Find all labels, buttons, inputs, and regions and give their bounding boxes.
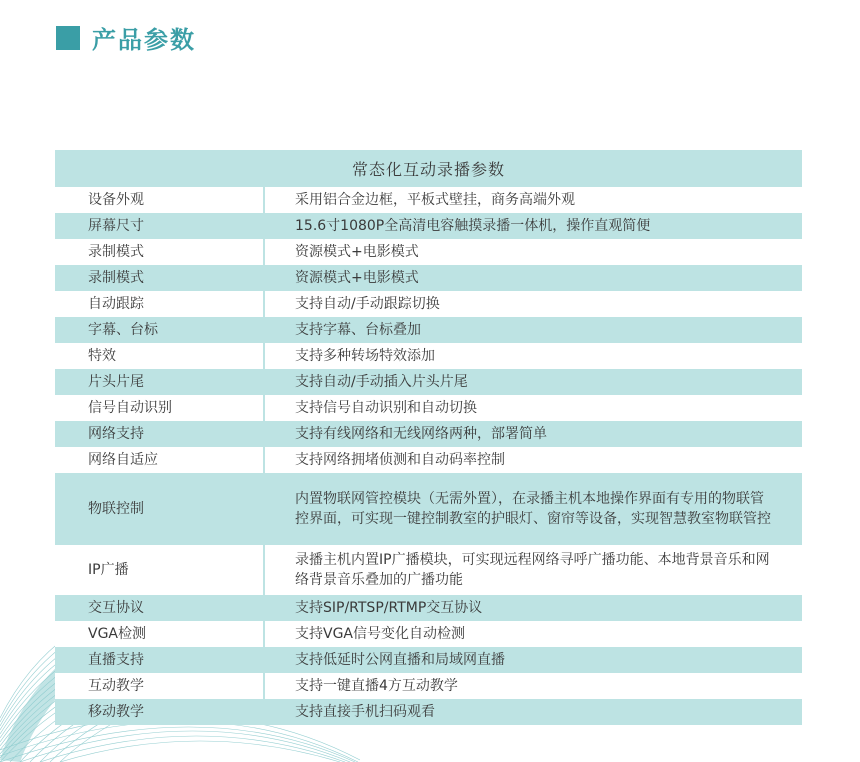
table-row: 物联控制内置物联网管控模块（无需外置），在录播主机本地操作界面有专用的物联管控界… [55, 473, 802, 545]
param-value: 采用铝合金边框，平板式壁挂，商务高端外观 [264, 187, 802, 213]
table-row: 直播支持支持低延时公网直播和局域网直播 [55, 647, 802, 673]
table-header-row: 常态化互动录播参数 [55, 150, 802, 187]
table-row: 网络自适应支持网络拥堵侦测和自动码率控制 [55, 447, 802, 473]
param-value: 支持字幕、台标叠加 [264, 317, 802, 343]
param-name: 网络支持 [55, 421, 264, 447]
parameters-table: 常态化互动录播参数 设备外观采用铝合金边框，平板式壁挂，商务高端外观 屏幕尺寸1… [55, 150, 802, 725]
param-value: 支持信号自动识别和自动切换 [264, 395, 802, 421]
param-name: IP广播 [55, 545, 264, 595]
param-value: 支持VGA信号变化自动检测 [264, 621, 802, 647]
param-value: 支持一键直播4方互动教学 [264, 673, 802, 699]
table-row: VGA检测支持VGA信号变化自动检测 [55, 621, 802, 647]
table-row: 片头片尾支持自动/手动插入片头片尾 [55, 369, 802, 395]
table-row: 录制模式资源模式+电影模式 [55, 239, 802, 265]
param-name: 屏幕尺寸 [55, 213, 264, 239]
param-value: 支持SIP/RTSP/RTMP交互协议 [264, 595, 802, 621]
table-row: 设备外观采用铝合金边框，平板式壁挂，商务高端外观 [55, 187, 802, 213]
table-title: 常态化互动录播参数 [55, 150, 802, 187]
param-name: 互动教学 [55, 673, 264, 699]
section-header: 产品参数 [56, 20, 196, 55]
table-row: 网络支持支持有线网络和无线网络两种，部署简单 [55, 421, 802, 447]
table-row: 字幕、台标支持字幕、台标叠加 [55, 317, 802, 343]
param-value: 资源模式+电影模式 [264, 239, 802, 265]
table-row: 录制模式资源模式+电影模式 [55, 265, 802, 291]
param-name: 字幕、台标 [55, 317, 264, 343]
param-value: 内置物联网管控模块（无需外置），在录播主机本地操作界面有专用的物联管控界面，可实… [264, 473, 802, 545]
param-name: 信号自动识别 [55, 395, 264, 421]
param-name: 片头片尾 [55, 369, 264, 395]
table-row: 交互协议支持SIP/RTSP/RTMP交互协议 [55, 595, 802, 621]
param-value: 支持网络拥堵侦测和自动码率控制 [264, 447, 802, 473]
param-value: 支持直接手机扫码观看 [264, 699, 802, 725]
param-value: 支持自动/手动插入片头片尾 [264, 369, 802, 395]
param-name: 设备外观 [55, 187, 264, 213]
param-name: 移动教学 [55, 699, 264, 725]
param-value: 15.6寸1080P全高清电容触摸录播一体机，操作直观简便 [264, 213, 802, 239]
param-name: 交互协议 [55, 595, 264, 621]
param-name: 网络自适应 [55, 447, 264, 473]
table-row: 移动教学支持直接手机扫码观看 [55, 699, 802, 725]
table-row: 屏幕尺寸15.6寸1080P全高清电容触摸录播一体机，操作直观简便 [55, 213, 802, 239]
param-value: 支持有线网络和无线网络两种，部署简单 [264, 421, 802, 447]
table-row: 特效支持多种转场特效添加 [55, 343, 802, 369]
param-name: 自动跟踪 [55, 291, 264, 317]
section-title: 产品参数 [92, 20, 196, 55]
param-value: 支持自动/手动跟踪切换 [264, 291, 802, 317]
table-row: 信号自动识别支持信号自动识别和自动切换 [55, 395, 802, 421]
param-value: 支持多种转场特效添加 [264, 343, 802, 369]
table-row: 自动跟踪支持自动/手动跟踪切换 [55, 291, 802, 317]
table-row: IP广播录播主机内置IP广播模块，可实现远程网络寻呼广播功能、本地背景音乐和网络… [55, 545, 802, 595]
square-bullet-icon [56, 26, 80, 50]
param-name: 录制模式 [55, 265, 264, 291]
table-row: 互动教学支持一键直播4方互动教学 [55, 673, 802, 699]
param-name: 特效 [55, 343, 264, 369]
param-value: 资源模式+电影模式 [264, 265, 802, 291]
param-value: 支持低延时公网直播和局域网直播 [264, 647, 802, 673]
param-name: 物联控制 [55, 473, 264, 545]
param-name: VGA检测 [55, 621, 264, 647]
param-name: 录制模式 [55, 239, 264, 265]
param-value: 录播主机内置IP广播模块，可实现远程网络寻呼广播功能、本地背景音乐和网络背景音乐… [264, 545, 802, 595]
param-name: 直播支持 [55, 647, 264, 673]
